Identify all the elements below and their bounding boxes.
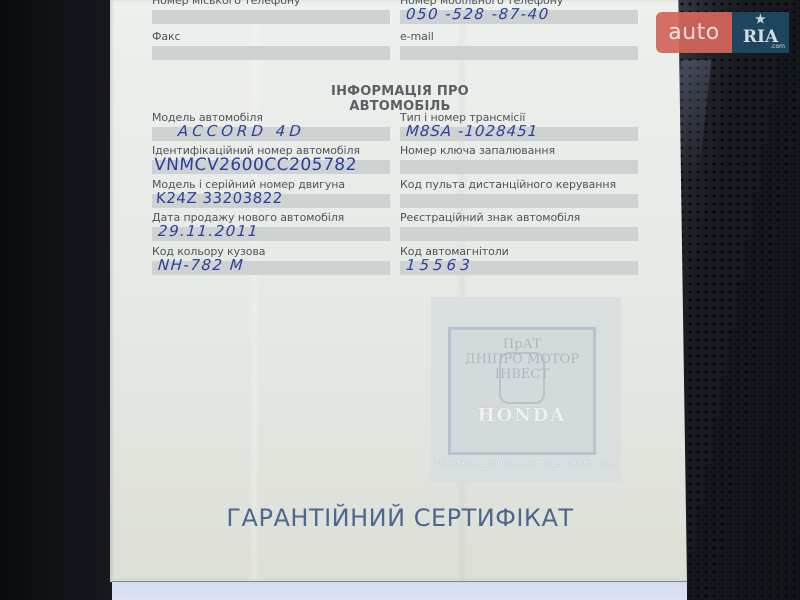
field-engine: Модель і серійний номер двигуна K24Z 332… xyxy=(152,179,390,208)
field-label: e-mail xyxy=(400,31,638,43)
field-value: 15563 xyxy=(405,256,474,274)
field-bar xyxy=(400,46,638,60)
field-label: Код пульта дистанційного керування xyxy=(400,179,638,191)
field-bar: M8SA -1028451 xyxy=(400,127,638,141)
field-bar: 050 -528 -87-40 xyxy=(400,10,638,24)
document-title: ГАРАНТІЙНИЙ СЕРТИФІКАТ xyxy=(190,504,610,532)
field-sale-date: Дата продажу нового автомобіля 29.11.201… xyxy=(152,212,390,241)
field-bar: VNMCV2600CC205782 xyxy=(152,160,390,174)
field-radio-code: Код автомагнітоли 15563 xyxy=(400,246,638,275)
field-bar xyxy=(400,227,638,241)
field-label: Номер міського телефону xyxy=(152,0,390,7)
field-bar xyxy=(152,10,390,24)
field-body-color-code: Код кольору кузова NH-782 M xyxy=(152,246,390,275)
field-bar: K24Z 33203822 xyxy=(152,194,390,208)
stamp-line: ПрАТ xyxy=(448,337,596,352)
field-bar: NH-782 M xyxy=(152,261,390,275)
field-bar: 29.11.2011 xyxy=(152,227,390,241)
field-remote-code: Код пульта дистанційного керування xyxy=(400,179,638,208)
watermark-auto: auto xyxy=(656,12,732,53)
field-vin: Ідентифікаційний номер автомобіля VNMCV2… xyxy=(152,145,390,174)
autoria-watermark: auto ★ RIA .com xyxy=(656,12,789,53)
stamp-line: ДНІПРО МОТОР xyxy=(448,352,596,367)
field-mobile-phone: Номер мобільного телефону 050 -528 -87-4… xyxy=(400,0,638,24)
field-label: Реєстраційний знак автомобіля xyxy=(400,212,638,224)
section-title-car-info: ІНФОРМАЦІЯ ПРО АВТОМОБІЛЬ xyxy=(280,84,520,114)
stamp-brand: HONDA xyxy=(448,405,596,426)
field-email: e-mail xyxy=(400,31,638,60)
field-registration-plate: Реєстраційний знак автомобіля xyxy=(400,212,638,241)
field-transmission: Тип і номер трансмісії M8SA -1028451 xyxy=(400,112,638,141)
field-value: 050 -528 -87-40 xyxy=(405,5,550,23)
star-icon: ★ xyxy=(755,13,766,25)
field-bar xyxy=(400,160,638,174)
watermark-ria: ★ RIA .com xyxy=(732,12,789,53)
field-value: 29.11.2011 xyxy=(157,222,259,240)
field-city-phone: Номер міського телефону xyxy=(152,0,390,24)
car-seat-left xyxy=(0,0,112,600)
field-bar: ACCORD 4D xyxy=(152,127,390,141)
stamp-line: ІНВЕСТ xyxy=(448,367,596,382)
next-page-edge xyxy=(112,581,687,600)
field-bar xyxy=(152,46,390,60)
field-label: Факс xyxy=(152,31,390,43)
field-value: K24Z 33203822 xyxy=(155,189,283,207)
field-value: VNMCV2600CC205782 xyxy=(153,155,357,175)
field-car-model: Модель автомобіля ACCORD 4D xyxy=(152,112,390,141)
field-label: Номер ключа запалювання xyxy=(400,145,638,157)
field-fax: Факс xyxy=(152,31,390,60)
field-value: ACCORD 4D xyxy=(177,122,305,140)
field-ignition-key: Номер ключа запалювання xyxy=(400,145,638,174)
field-value: M8SA -1028451 xyxy=(405,122,539,140)
field-bar xyxy=(400,194,638,208)
field-bar: 15563 xyxy=(400,261,638,275)
field-value: NH-782 M xyxy=(157,256,245,274)
watermark-suffix: .com xyxy=(770,44,785,50)
stamp-caption: Печатка підприємства-продавця (дилера) xyxy=(433,459,619,469)
